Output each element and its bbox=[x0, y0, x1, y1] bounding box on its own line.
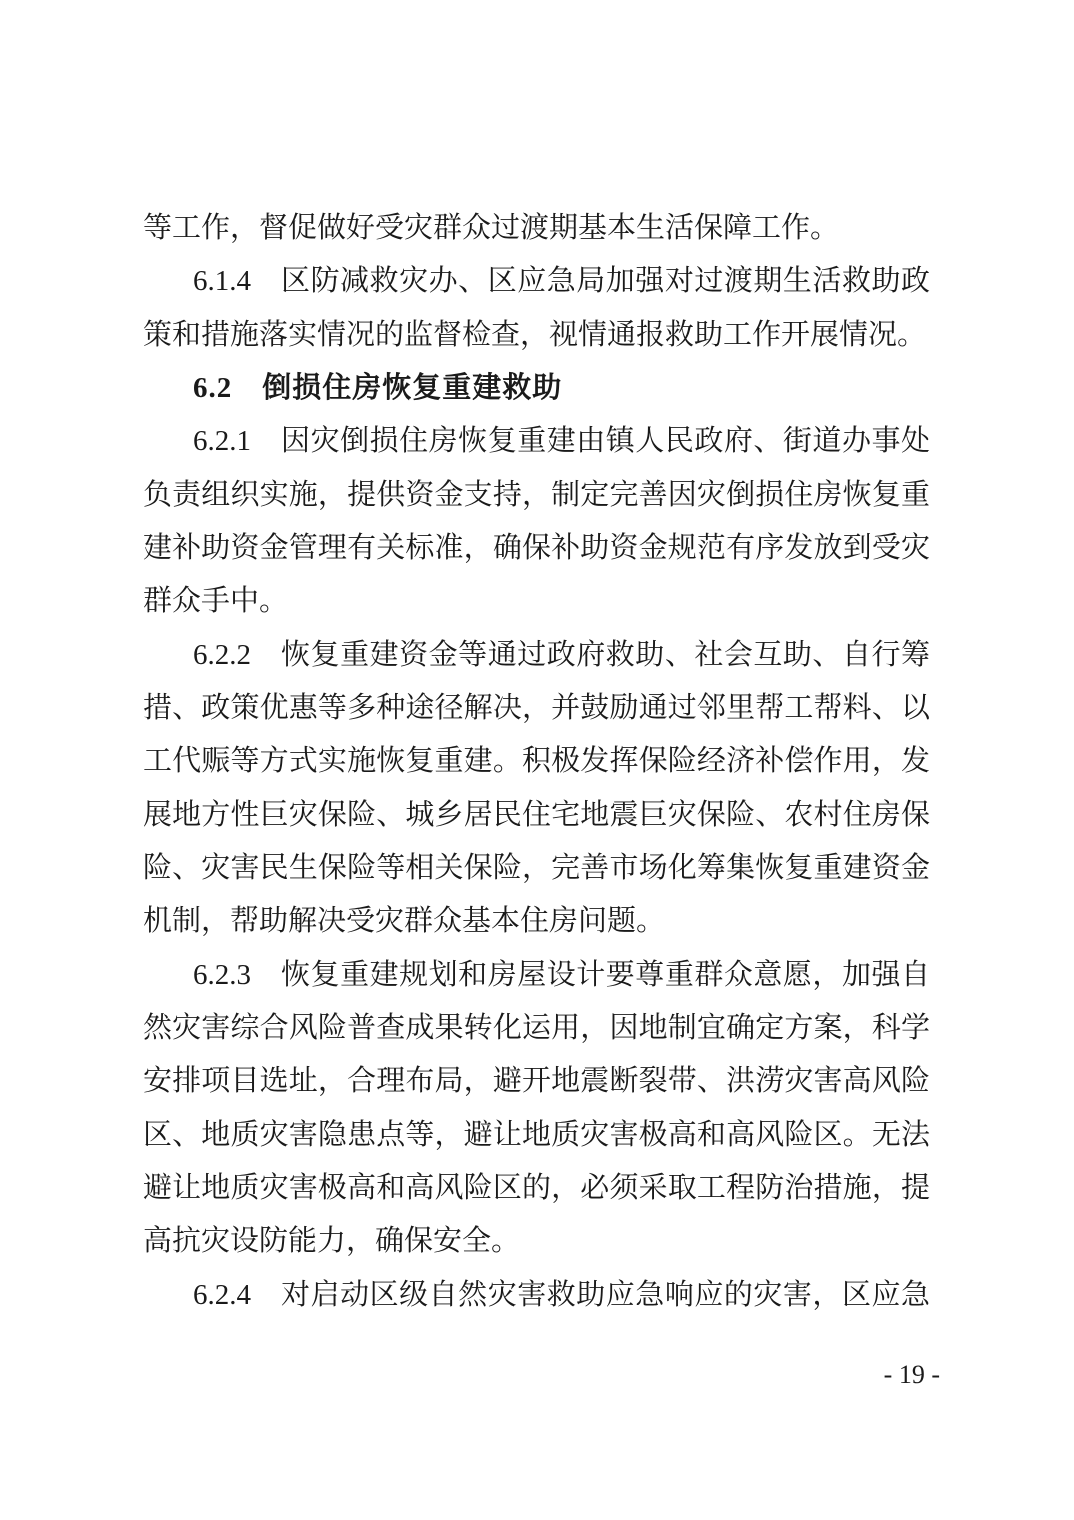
text-line: 等工作，督促做好受灾群众过渡期基本生活保障工作。 bbox=[143, 202, 930, 255]
text-line: 展地方性巨灾保险、城乡居民住宅地震巨灾保险、农村住房保 bbox=[143, 789, 930, 842]
text-line: 建补助资金管理有关标准，确保补助资金规范有序发放到受灾 bbox=[143, 522, 930, 575]
text-line: 6.2.2 恢复重建资金等通过政府救助、社会互助、自行筹 bbox=[143, 629, 930, 682]
text-line: 6.1.4 区防减救灾办、区应急局加强对过渡期生活救助政 bbox=[143, 255, 930, 308]
text-line: 然灾害综合风险普查成果转化运用，因地制宜确定方案，科学 bbox=[143, 1002, 930, 1055]
text-line: 工代赈等方式实施恢复重建。积极发挥保险经济补偿作用，发 bbox=[143, 735, 930, 788]
text-line: 安排项目选址，合理布局，避开地震断裂带、洪涝灾害高风险 bbox=[143, 1055, 930, 1108]
text-line: 6.2.1 因灾倒损住房恢复重建由镇人民政府、街道办事处 bbox=[143, 415, 930, 468]
page-number: - 19 - bbox=[143, 1360, 940, 1390]
text-line: 措、政策优惠等多种途径解决，并鼓励通过邻里帮工帮料、以 bbox=[143, 682, 930, 735]
section-heading: 6.2 倒损住房恢复重建救助 bbox=[143, 362, 930, 415]
text-line: 高抗灾设防能力，确保安全。 bbox=[143, 1215, 930, 1268]
text-line: 险、灾害民生保险等相关保险，完善市场化筹集恢复重建资金 bbox=[143, 842, 930, 895]
text-line: 6.2.4 对启动区级自然灾害救助应急响应的灾害，区应急 bbox=[143, 1269, 930, 1322]
text-line: 机制，帮助解决受灾群众基本住房问题。 bbox=[143, 895, 930, 948]
text-line: 区、地质灾害隐患点等，避让地质灾害极高和高风险区。无法 bbox=[143, 1109, 930, 1162]
text-line: 避让地质灾害极高和高风险区的，必须采取工程防治措施，提 bbox=[143, 1162, 930, 1215]
text-line: 策和措施落实情况的监督检查，视情通报救助工作开展情况。 bbox=[143, 309, 930, 362]
document-page: 等工作，督促做好受灾群众过渡期基本生活保障工作。6.1.4 区防减救灾办、区应急… bbox=[0, 0, 1074, 1520]
text-line: 6.2.3 恢复重建规划和房屋设计要尊重群众意愿，加强自 bbox=[143, 949, 930, 1002]
text-line: 群众手中。 bbox=[143, 575, 930, 628]
text-line: 负责组织实施，提供资金支持，制定完善因灾倒损住房恢复重 bbox=[143, 469, 930, 522]
document-body: 等工作，督促做好受灾群众过渡期基本生活保障工作。6.1.4 区防减救灾办、区应急… bbox=[143, 202, 930, 1322]
